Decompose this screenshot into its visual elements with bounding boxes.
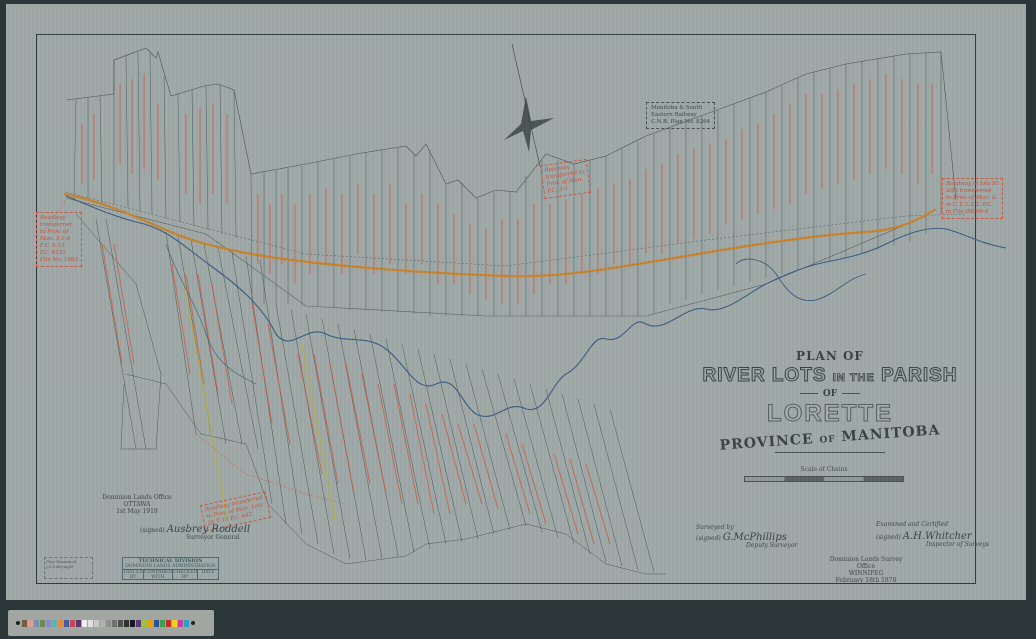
- color-swatch: [112, 620, 117, 627]
- north-arrow: [504, 44, 554, 166]
- examined-block: Examined and Certified (signed) A.H.Whit…: [876, 521, 989, 548]
- ottawa-office-block: Dominion Lands Office OTTAWA 1st May 191…: [102, 494, 172, 515]
- target-dot: [191, 621, 195, 625]
- red-lot-annotations: [82, 74, 932, 304]
- title-of: OF: [700, 389, 960, 399]
- color-swatch: [178, 620, 183, 627]
- title-of-small: OF: [819, 435, 836, 446]
- railway-line-3: C.N.R. Plan No. 8264: [651, 119, 710, 126]
- surveyed-by-label: Surveyed by: [696, 524, 797, 531]
- examined-label: Examined and Certified: [876, 521, 989, 528]
- color-swatches: [22, 620, 189, 627]
- inspector-role: Inspector of Surveys: [926, 541, 989, 548]
- color-swatch: [52, 620, 57, 627]
- title-rule: [775, 452, 885, 453]
- ottawa-date: 1st May 1919: [102, 508, 172, 515]
- color-swatch: [166, 620, 171, 627]
- map-title-block: PLAN OF RIVER LOTS IN THE PARISH OF LORE…: [700, 349, 960, 453]
- color-swatch: [34, 620, 39, 627]
- stamp-line: J.S.Dalrymple: [46, 564, 91, 569]
- color-swatch: [130, 620, 135, 627]
- signed-label: (signed): [696, 535, 721, 542]
- scale-graphic: [744, 476, 904, 482]
- tech-col: DATE: [197, 570, 218, 579]
- surveyor-general-role: Surveyor General: [186, 534, 250, 541]
- title-parish: PARISH: [881, 365, 957, 386]
- railway-line-1: Manitoba & South: [651, 105, 710, 112]
- color-swatch: [82, 620, 87, 627]
- color-swatch: [70, 620, 75, 627]
- target-dot: [16, 621, 20, 625]
- color-swatch: [184, 620, 189, 627]
- railway-line-2: Eastern Railway: [651, 112, 710, 119]
- roadway-note-left: Roadway transferred to Prov. of Man. 3-1…: [36, 212, 82, 267]
- note-line: &96 transferred: [946, 188, 999, 195]
- winnipeg-office-block: Dominion Lands Survey Office WINNIPEG Fe…: [826, 556, 906, 584]
- color-swatch: [124, 620, 129, 627]
- ottawa-city: OTTAWA: [102, 501, 172, 508]
- color-swatch: [136, 620, 141, 627]
- technical-division-box: TECHNICAL DIVISION DOMINION LANDS ADMINI…: [122, 557, 219, 580]
- color-swatch: [64, 620, 69, 627]
- color-swatch: [172, 620, 177, 627]
- color-swatch: [118, 620, 123, 627]
- color-swatch: [22, 620, 27, 627]
- color-swatch: [148, 620, 153, 627]
- note-line: Roadway: [40, 215, 78, 222]
- tech-col: COMPARED WITH: [143, 570, 172, 579]
- color-swatch: [142, 620, 147, 627]
- winnipeg-date: February 18th 1878: [826, 577, 906, 584]
- main-road: [64, 194, 936, 276]
- surveyed-by-block: Surveyed by (signed) G.McPhillips Deputy…: [696, 524, 797, 549]
- title-in-the: IN THE: [833, 372, 875, 384]
- tech-columns: TRACED BY COMPARED WITH CHECKED BY DATE: [123, 569, 218, 579]
- note-line: to Prov. of Man. &: [946, 195, 999, 202]
- scale-bar: Scale of Chains: [744, 466, 904, 482]
- color-swatch: [40, 620, 45, 627]
- color-swatch: [94, 620, 99, 627]
- note-line: in File 09696-4: [946, 209, 999, 216]
- color-swatch: [28, 620, 33, 627]
- map-sheet: PLAN OF RIVER LOTS IN THE PARISH OF LORE…: [6, 4, 1026, 600]
- railway-note: Manitoba & South Eastern Railway C.N.R. …: [646, 102, 715, 129]
- color-swatch: [46, 620, 51, 627]
- roadway-note-right: Roadway in lots 95 &96 transferred to Pr…: [942, 178, 1003, 219]
- scale-label: Scale of Chains: [744, 466, 904, 473]
- note-line: F.C. 6-13: [40, 243, 78, 250]
- ottawa-office: Dominion Lands Office: [102, 494, 172, 501]
- color-swatch: [88, 620, 93, 627]
- color-swatch: [106, 620, 111, 627]
- note-line: transferred: [40, 222, 78, 229]
- note-line: Man. 3-1-8: [40, 236, 78, 243]
- ottawa-signature-block: (signed) Ausbrey Roddell Surveyor Genera…: [140, 526, 250, 541]
- tech-subtitle: DOMINION LANDS ADMINISTRATION: [123, 564, 218, 569]
- title-province-word: PROVINCE: [719, 431, 814, 454]
- winnipeg-office: Dominion Lands Survey Office: [826, 556, 906, 570]
- color-swatch: [58, 620, 63, 627]
- color-swatch: [160, 620, 165, 627]
- tech-col: TRACED BY: [123, 570, 143, 579]
- title-river-lots-text: RIVER LOTS: [702, 365, 826, 386]
- color-swatch: [76, 620, 81, 627]
- signed-label: (signed): [140, 527, 165, 534]
- deputy-surveyor-role: Deputy Surveyor: [746, 542, 797, 549]
- examination-stamp: Plan Examined J.S.Dalrymple: [44, 557, 93, 579]
- roadway-note-center: Roadway transferred to Prov. of Man. P.C…: [540, 159, 591, 199]
- note-line: Roadway in lots 95: [946, 181, 999, 188]
- winnipeg-city: WINNIPEG: [826, 570, 906, 577]
- note-line: in C.T. 1.2.2. P.C.: [946, 202, 999, 209]
- title-plan-of: PLAN OF: [700, 349, 960, 363]
- color-swatch: [100, 620, 105, 627]
- note-line: File No. 1983: [40, 257, 78, 264]
- color-swatch: [154, 620, 159, 627]
- title-river-lots: RIVER LOTS IN THE PARISH: [700, 365, 960, 387]
- color-calibration-target: [8, 610, 214, 636]
- tech-col: CHECKED BY: [172, 570, 197, 579]
- note-line: P.C. 6152: [40, 250, 78, 257]
- note-line: to Prov. of: [40, 229, 78, 236]
- signed-label: (signed): [876, 534, 901, 541]
